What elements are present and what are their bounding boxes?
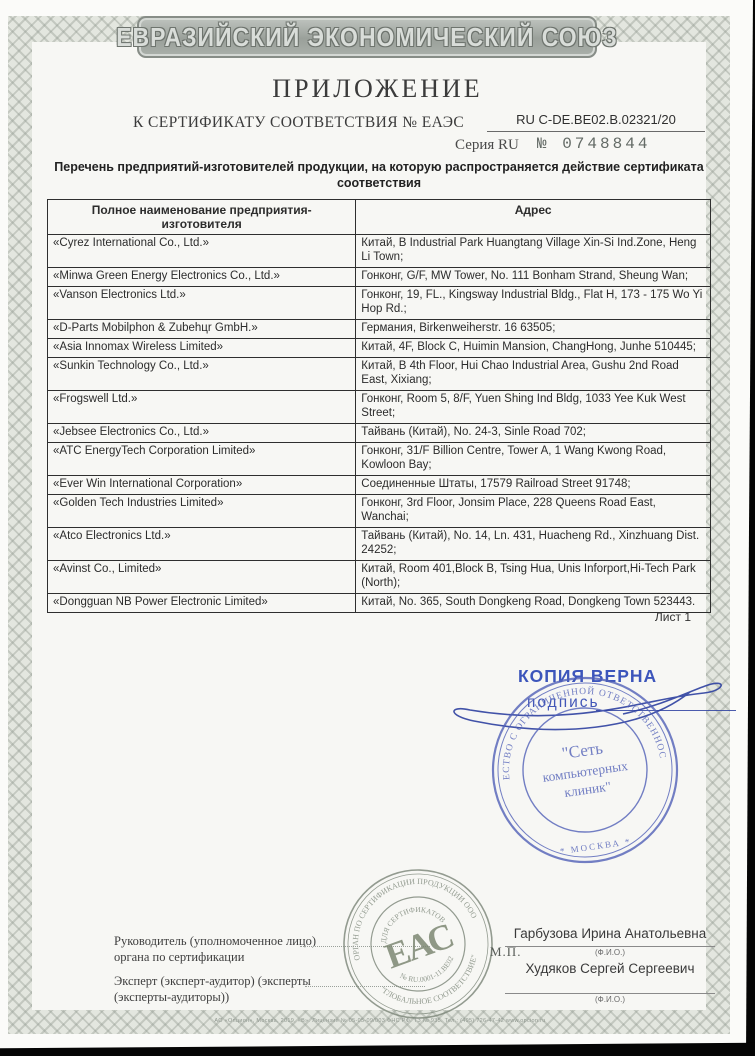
column-header-name: Полное наименование предприятия-изготови… <box>48 200 356 235</box>
table-row: «Cyrez International Co., Ltd.»Китай, B … <box>48 235 711 268</box>
manufacturer-name: «Frogswell Ltd.» <box>48 391 356 424</box>
expert-name: Худяков Сергей Сергеевич <box>505 961 715 976</box>
manufacturer-address: Соединенные Штаты, 17579 Railroad Street… <box>356 476 711 495</box>
head-of-body-label: Руководитель (уполномоченное лицо) орган… <box>114 933 344 965</box>
table-row: «Vanson Electronics Ltd.»Гонконг, 19, FL… <box>48 287 711 320</box>
subtitle: Перечень предприятий-изготовителей проду… <box>47 159 711 191</box>
manufacturer-name: «ATC EnergyTech Corporation Limited» <box>48 443 356 476</box>
manufacturer-address: Тайвань (Китай), No. 24-3, Sinle Road 70… <box>356 424 711 443</box>
fio-label: (Ф.И.О.) <box>505 948 715 957</box>
manufacturer-name: «Minwa Green Energy Electronics Co., Ltd… <box>48 268 356 287</box>
scan-edge-right <box>735 0 755 1056</box>
head-name: Гарбузова Ирина Анатольевна <box>505 926 715 941</box>
manufacturer-address: Китай, 4F, Block C, Huimin Mansion, Chan… <box>356 339 711 358</box>
expert-name-underline <box>505 993 715 994</box>
stamp-center-line2: компьютерных <box>542 758 629 785</box>
fio-label: (Ф.И.О.) <box>505 995 715 1004</box>
sheet-number: Лист 1 <box>47 610 691 624</box>
table-row: «Golden Tech Industries Limited»Гонконг,… <box>48 495 711 528</box>
table-row: «Atco Electronics Ltd.»Тайвань (Китай), … <box>48 528 711 561</box>
manufacturer-address: Китай, Room 401,Block B, Tsing Hua, Unis… <box>356 561 711 594</box>
manufacturer-name: «Asia Innomax Wireless Limited» <box>48 339 356 358</box>
expert-label: Эксперт (эксперт-аудитор) (эксперты (экс… <box>114 973 354 1005</box>
manufacturer-name: «Cyrez International Co., Ltd.» <box>48 235 356 268</box>
manufacturer-address: Германия, Birkenweiherstr. 16 63505; <box>356 320 711 339</box>
certificate-page: ЕВРАЗИЙСКИЙ ЭКОНОМИЧЕСКИЙ СОЮЗ ПРИЛОЖЕНИ… <box>0 0 755 1056</box>
table-row: «Asia Innomax Wireless Limited»Китай, 4F… <box>48 339 711 358</box>
manufacturer-name: «Sunkin Technology Co., Ltd.» <box>48 358 356 391</box>
stamp-center-line3: клиник" <box>563 779 612 800</box>
eaeu-banner: ЕВРАЗИЙСКИЙ ЭКОНОМИЧЕСКИЙ СОЮЗ <box>137 16 597 58</box>
table-row: «ATC EnergyTech Corporation Limited»Гонк… <box>48 443 711 476</box>
cert-label: К СЕРТИФИКАТУ СООТВЕТСТВИЯ № ЕАЭС <box>133 114 464 132</box>
form-printer-microtext: АО «Опцион», Москва, 2019, «В». Лицензия… <box>110 1018 650 1024</box>
manufacturer-name: «Avinst Co., Limited» <box>48 561 356 594</box>
table-row: «Sunkin Technology Co., Ltd.»Китай, B 4t… <box>48 358 711 391</box>
manufacturer-name: «Atco Electronics Ltd.» <box>48 528 356 561</box>
table-row: «Frogswell Ltd.»Гонконг, Room 5, 8/F, Yu… <box>48 391 711 424</box>
column-header-address: Адрес <box>356 200 711 235</box>
manufacturer-address: Гонконг, 3rd Floor, Jonsim Place, 228 Qu… <box>356 495 711 528</box>
manufacturer-address: Китай, B Industrial Park Huangtang Villa… <box>356 235 711 268</box>
head-name-underline <box>505 946 715 947</box>
manufacturer-name: «D-Parts Mobilphon & Zubehцr GmbH.» <box>48 320 356 339</box>
table-row: «Minwa Green Energy Electronics Co., Ltd… <box>48 268 711 287</box>
series-label: Серия RU <box>455 137 519 154</box>
manufacturer-address: Гонконг, 19, FL., Kingsway Industrial Bl… <box>356 287 711 320</box>
manufacturer-address: Гонконг, 31/F Billion Centre, Tower A, 1… <box>356 443 711 476</box>
manufacturer-address: Гонконг, G/F, MW Tower, No. 111 Bonham S… <box>356 268 711 287</box>
manufacturers-table: Полное наименование предприятия-изготови… <box>47 199 711 613</box>
manufacturer-name: «Vanson Electronics Ltd.» <box>48 287 356 320</box>
table-header-row: Полное наименование предприятия-изготови… <box>48 200 711 235</box>
form-number: № 0748844 <box>537 135 650 153</box>
manufacturer-name: «Jebsee Electronics Co., Ltd.» <box>48 424 356 443</box>
manufacturer-name: «Golden Tech Industries Limited» <box>48 495 356 528</box>
table-row: «Avinst Co., Limited»Китай, Room 401,Blo… <box>48 561 711 594</box>
eaeu-banner-text: ЕВРАЗИЙСКИЙ ЭКОНОМИЧЕСКИЙ СОЮЗ <box>116 22 618 52</box>
stamp-center-line1: "Сеть <box>561 738 605 763</box>
cert-number: RU C-DE.BE02.B.02321/20 <box>487 112 705 132</box>
page-title: ПРИЛОЖЕНИЕ <box>0 74 755 104</box>
manufacturer-address: Тайвань (Китай), No. 14, Ln. 431, Huache… <box>356 528 711 561</box>
manufacturer-address: Гонконг, Room 5, 8/F, Yuen Shing Ind Bld… <box>356 391 711 424</box>
manufacturer-address: Китай, B 4th Floor, Hui Chao Industrial … <box>356 358 711 391</box>
table-row: «D-Parts Mobilphon & Zubehцr GmbH.»Герма… <box>48 320 711 339</box>
company-round-stamp: ОБЩЕСТВО С ОГРАНИЧЕННОЙ ОТВЕТСТВЕННОСТЬЮ… <box>474 659 695 880</box>
table-row: «Jebsee Electronics Co., Ltd.»Тайвань (К… <box>48 424 711 443</box>
stamp-city-text: * МОСКВА * <box>559 836 632 856</box>
table-row: «Ever Win International Corporation»Соед… <box>48 476 711 495</box>
manufacturer-name: «Ever Win International Corporation» <box>48 476 356 495</box>
